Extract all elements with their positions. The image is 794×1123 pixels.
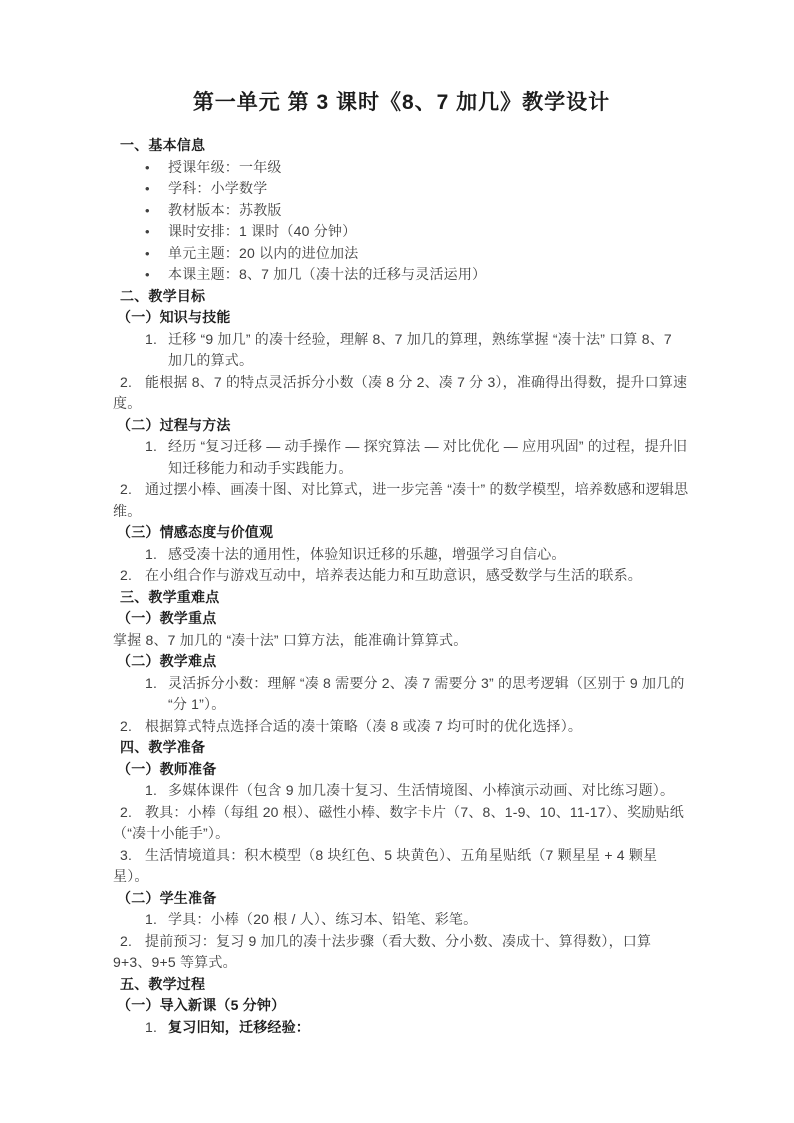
bullet-item: •本课主题：8、7 加几（凑十法的迁移与灵活运用） [113,264,690,286]
bullet-icon: • [145,243,168,265]
bullet-icon: • [145,264,168,286]
numbered-item: 2.能根据 8、7 的特点灵活拆分小数（凑 8 分 2、凑 7 分 3），准确得… [113,372,690,415]
numbered-item: 1.复习旧知，迁移经验： [113,1017,690,1039]
section-heading: 二、教学目标 [113,286,690,308]
item-text: 授课年级：一年级 [168,159,282,175]
item-text: 感受凑十法的通用性，体验知识迁移的乐趣，增强学习自信心。 [168,546,566,562]
bullet-icon: • [145,178,168,200]
subsection-heading: （一）教学重点 [113,608,690,630]
paragraph: 掌握 8、7 加几的 “凑十法” 口算方法，能准确计算算式。 [113,630,690,652]
numbered-item: 1.迁移 “9 加几” 的凑十经验，理解 8、7 加几的算理，熟练掌握 “凑十法… [113,329,690,372]
item-text: 提前预习：复习 9 加几的凑十法步骤（看大数、分小数、凑成十、算得数），口算 9… [113,933,651,971]
list-number: 1. [145,436,168,458]
list-number: 2. [120,372,145,394]
item-text: 教材版本：苏教版 [168,202,282,218]
item-text: 学具：小棒（20 根 / 人）、练习本、铅笔、彩笔。 [168,911,477,927]
document-page: 第一单元 第 3 课时《8、7 加几》教学设计 一、基本信息•授课年级：一年级•… [0,0,794,1123]
bullet-icon: • [145,200,168,222]
subsection-heading: （三）情感态度与价值观 [113,522,690,544]
item-text: 迁移 “9 加几” 的凑十经验，理解 8、7 加几的算理，熟练掌握 “凑十法” … [168,331,672,369]
numbered-item: 2.通过摆小棒、画凑十图、对比算式，进一步完善 “凑十” 的数学模型，培养数感和… [113,479,690,522]
section-heading: 三、教学重难点 [113,587,690,609]
bullet-item: •课时安排：1 课时（40 分钟） [113,221,690,243]
numbered-item: 3.生活情境道具：积木模型（8 块红色、5 块黄色）、五角星贴纸（7 颗星星 +… [113,845,690,888]
item-text: 课时安排：1 课时（40 分钟） [168,223,356,239]
item-text: 多媒体课件（包含 9 加几凑十复习、生活情境图、小棒演示动画、对比练习题）。 [168,782,674,798]
document-body: 一、基本信息•授课年级：一年级•学科：小学数学•教材版本：苏教版•课时安排：1 … [113,135,690,1038]
list-number: 1. [145,544,168,566]
subsection-heading: （一）教师准备 [113,759,690,781]
item-text: 教具：小棒（每组 20 根）、磁性小棒、数字卡片（7、8、1-9、10、11-1… [113,804,684,842]
list-number: 1. [145,780,168,802]
list-number: 2. [120,716,145,738]
numbered-item: 2.根据算式特点选择合适的凑十策略（凑 8 或凑 7 均可时的优化选择）。 [113,716,690,738]
numbered-item: 2.在小组合作与游戏互动中，培养表达能力和互助意识，感受数学与生活的联系。 [113,565,690,587]
numbered-item: 2.教具：小棒（每组 20 根）、磁性小棒、数字卡片（7、8、1-9、10、11… [113,802,690,845]
item-text: 通过摆小棒、画凑十图、对比算式，进一步完善 “凑十” 的数学模型，培养数感和逻辑… [113,481,688,519]
item-text: 能根据 8、7 的特点灵活拆分小数（凑 8 分 2、凑 7 分 3），准确得出得… [113,374,687,412]
section-heading: 五、教学过程 [113,974,690,996]
item-text: 根据算式特点选择合适的凑十策略（凑 8 或凑 7 均可时的优化选择）。 [145,718,582,734]
item-text: 单元主题：20 以内的进位加法 [168,245,358,261]
item-text: 经历 “复习迁移 — 动手操作 — 探究算法 — 对比优化 — 应用巩固” 的过… [168,438,687,476]
numbered-item: 1.多媒体课件（包含 9 加几凑十复习、生活情境图、小棒演示动画、对比练习题）。 [113,780,690,802]
list-number: 3. [120,845,145,867]
subsection-heading: （一）知识与技能 [113,307,690,329]
list-number: 1. [145,329,168,351]
bullet-item: •教材版本：苏教版 [113,200,690,222]
subsection-heading: （二）过程与方法 [113,415,690,437]
bullet-icon: • [145,221,168,243]
numbered-item: 1.经历 “复习迁移 — 动手操作 — 探究算法 — 对比优化 — 应用巩固” … [113,436,690,479]
item-text: 复习旧知，迁移经验： [168,1019,310,1035]
list-number: 2. [120,565,145,587]
bullet-icon: • [145,157,168,179]
bullet-item: •学科：小学数学 [113,178,690,200]
item-text: 生活情境道具：积木模型（8 块红色、5 块黄色）、五角星贴纸（7 颗星星 + 4… [113,847,657,885]
item-text: 灵活拆分小数：理解 “凑 8 需要分 2、凑 7 需要分 3” 的思考逻辑（区别… [168,675,685,713]
list-number: 2. [120,802,145,824]
numbered-item: 2.提前预习：复习 9 加几的凑十法步骤（看大数、分小数、凑成十、算得数），口算… [113,931,690,974]
list-number: 2. [120,479,145,501]
bullet-item: •单元主题：20 以内的进位加法 [113,243,690,265]
section-heading: 一、基本信息 [113,135,690,157]
bullet-item: •授课年级：一年级 [113,157,690,179]
section-heading: 四、教学准备 [113,737,690,759]
list-number: 1. [145,909,168,931]
numbered-item: 1.学具：小棒（20 根 / 人）、练习本、铅笔、彩笔。 [113,909,690,931]
subsection-heading: （二）学生准备 [113,888,690,910]
document-title: 第一单元 第 3 课时《8、7 加几》教学设计 [113,88,690,118]
numbered-item: 1.感受凑十法的通用性，体验知识迁移的乐趣，增强学习自信心。 [113,544,690,566]
item-text: 本课主题：8、7 加几（凑十法的迁移与灵活运用） [168,266,486,282]
item-text: 学科：小学数学 [168,180,267,196]
list-number: 1. [145,1017,168,1039]
list-number: 2. [120,931,145,953]
numbered-item: 1.灵活拆分小数：理解 “凑 8 需要分 2、凑 7 需要分 3” 的思考逻辑（… [113,673,690,716]
item-text: 在小组合作与游戏互动中，培养表达能力和互助意识，感受数学与生活的联系。 [145,567,642,583]
subsection-heading: （一）导入新课（5 分钟） [113,995,690,1017]
list-number: 1. [145,673,168,695]
subsection-heading: （二）教学难点 [113,651,690,673]
